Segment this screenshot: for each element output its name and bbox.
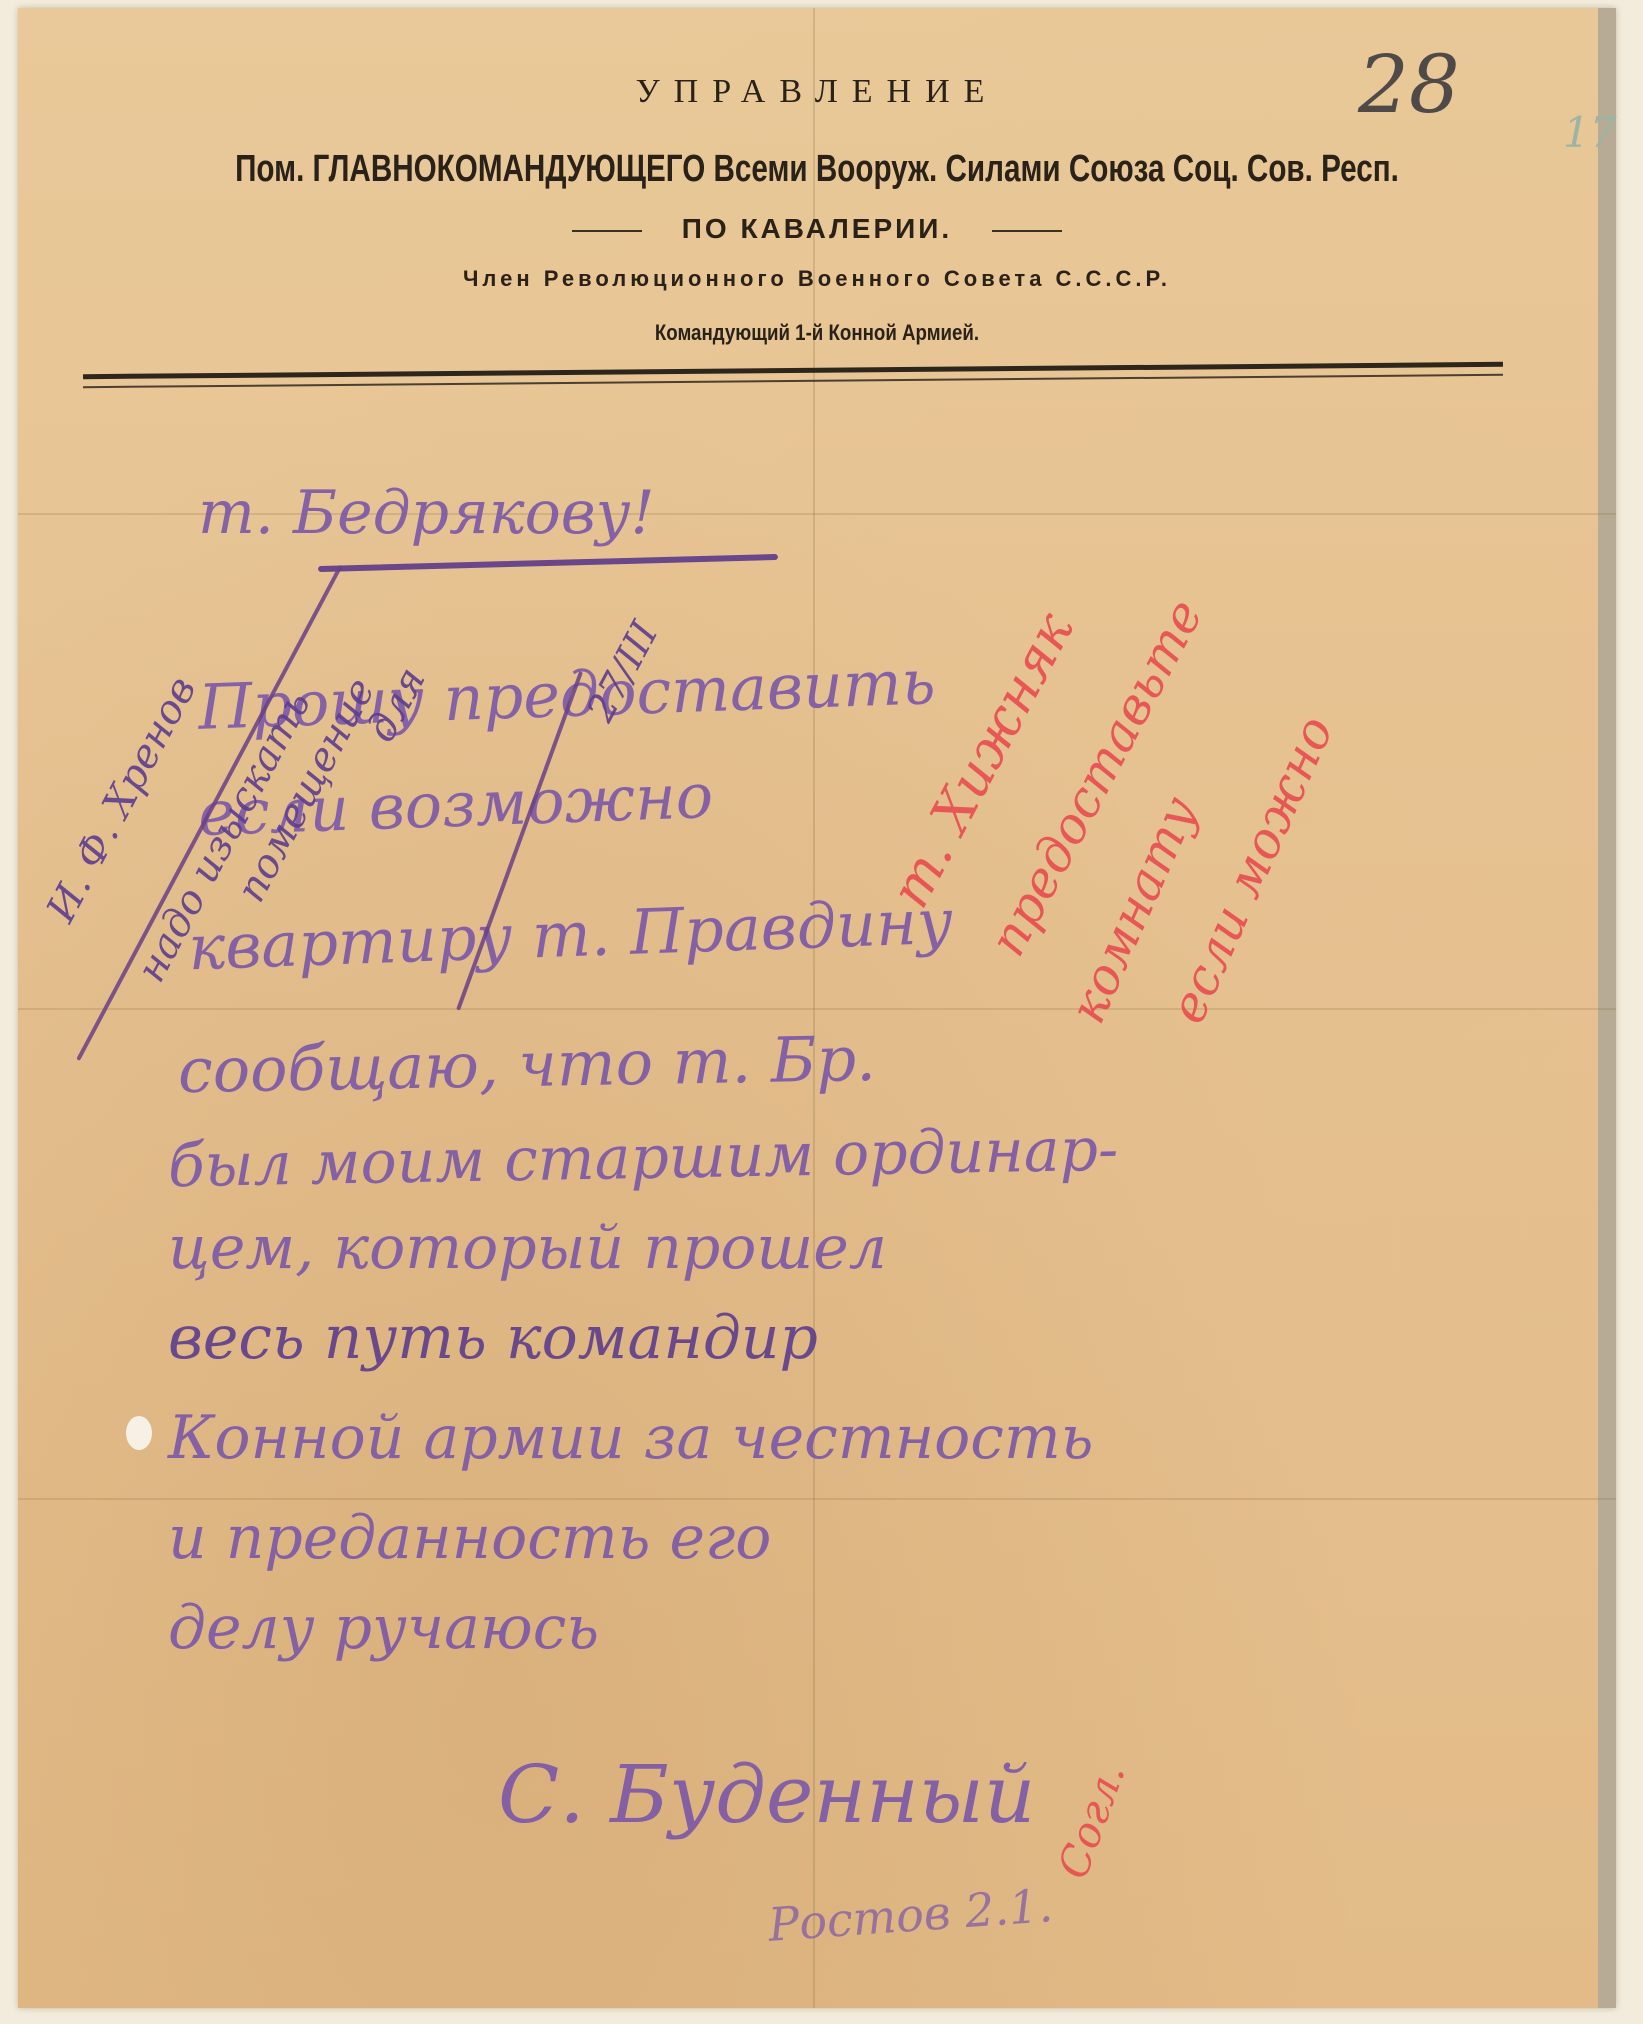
red-resolution: если можно xyxy=(1158,707,1345,1031)
salutation-underline xyxy=(318,554,778,572)
red-approval: Согл. xyxy=(1048,1756,1135,1884)
letter-line: сообщаю, что т. Бр. xyxy=(177,1022,876,1107)
punch-hole xyxy=(126,1416,152,1450)
letterhead-commander: Командующий 1-й Конной Армией. xyxy=(138,320,1496,346)
fold-line-horizontal xyxy=(18,1008,1616,1010)
branch-text: ПО КАВАЛЕРИИ. xyxy=(682,213,952,244)
salutation: т. Бедрякову! xyxy=(198,478,655,548)
letterhead-office: Пом. ГЛАВНОКОМАНДУЮЩЕГО Всеми Вооруж. Си… xyxy=(194,148,1440,191)
corner-mark: 17 xyxy=(1563,108,1616,157)
letter-line: Конной армии за честность xyxy=(168,1403,1093,1473)
letter-line: делу ручаюсь xyxy=(168,1593,599,1663)
letter-line: квартиру т. Правдину xyxy=(187,885,954,985)
letter-line: и преданность его xyxy=(168,1503,771,1573)
archive-number: 28 xyxy=(1358,38,1460,131)
fold-line-horizontal xyxy=(18,1498,1616,1500)
divider xyxy=(992,230,1062,232)
signature: С. Буденный xyxy=(498,1748,1035,1841)
letter-line: был моим старшим ординар- xyxy=(167,1115,1118,1202)
place-date: Ростов 2.1. xyxy=(766,1878,1054,1952)
letter-line: весь путь командир xyxy=(168,1303,818,1373)
letter-line: цем, который прошел xyxy=(168,1213,887,1283)
letterhead-council: Член Революционного Военного Совета С.С.… xyxy=(18,266,1616,292)
document-page: УПРАВЛЕНИЕ Пом. ГЛАВНОКОМАНДУЮЩЕГО Всеми… xyxy=(18,8,1616,2008)
letterhead-branch: ПО КАВАЛЕРИИ. xyxy=(18,213,1616,245)
letter-line: Прошу предоставить xyxy=(197,645,937,744)
divider xyxy=(572,230,642,232)
